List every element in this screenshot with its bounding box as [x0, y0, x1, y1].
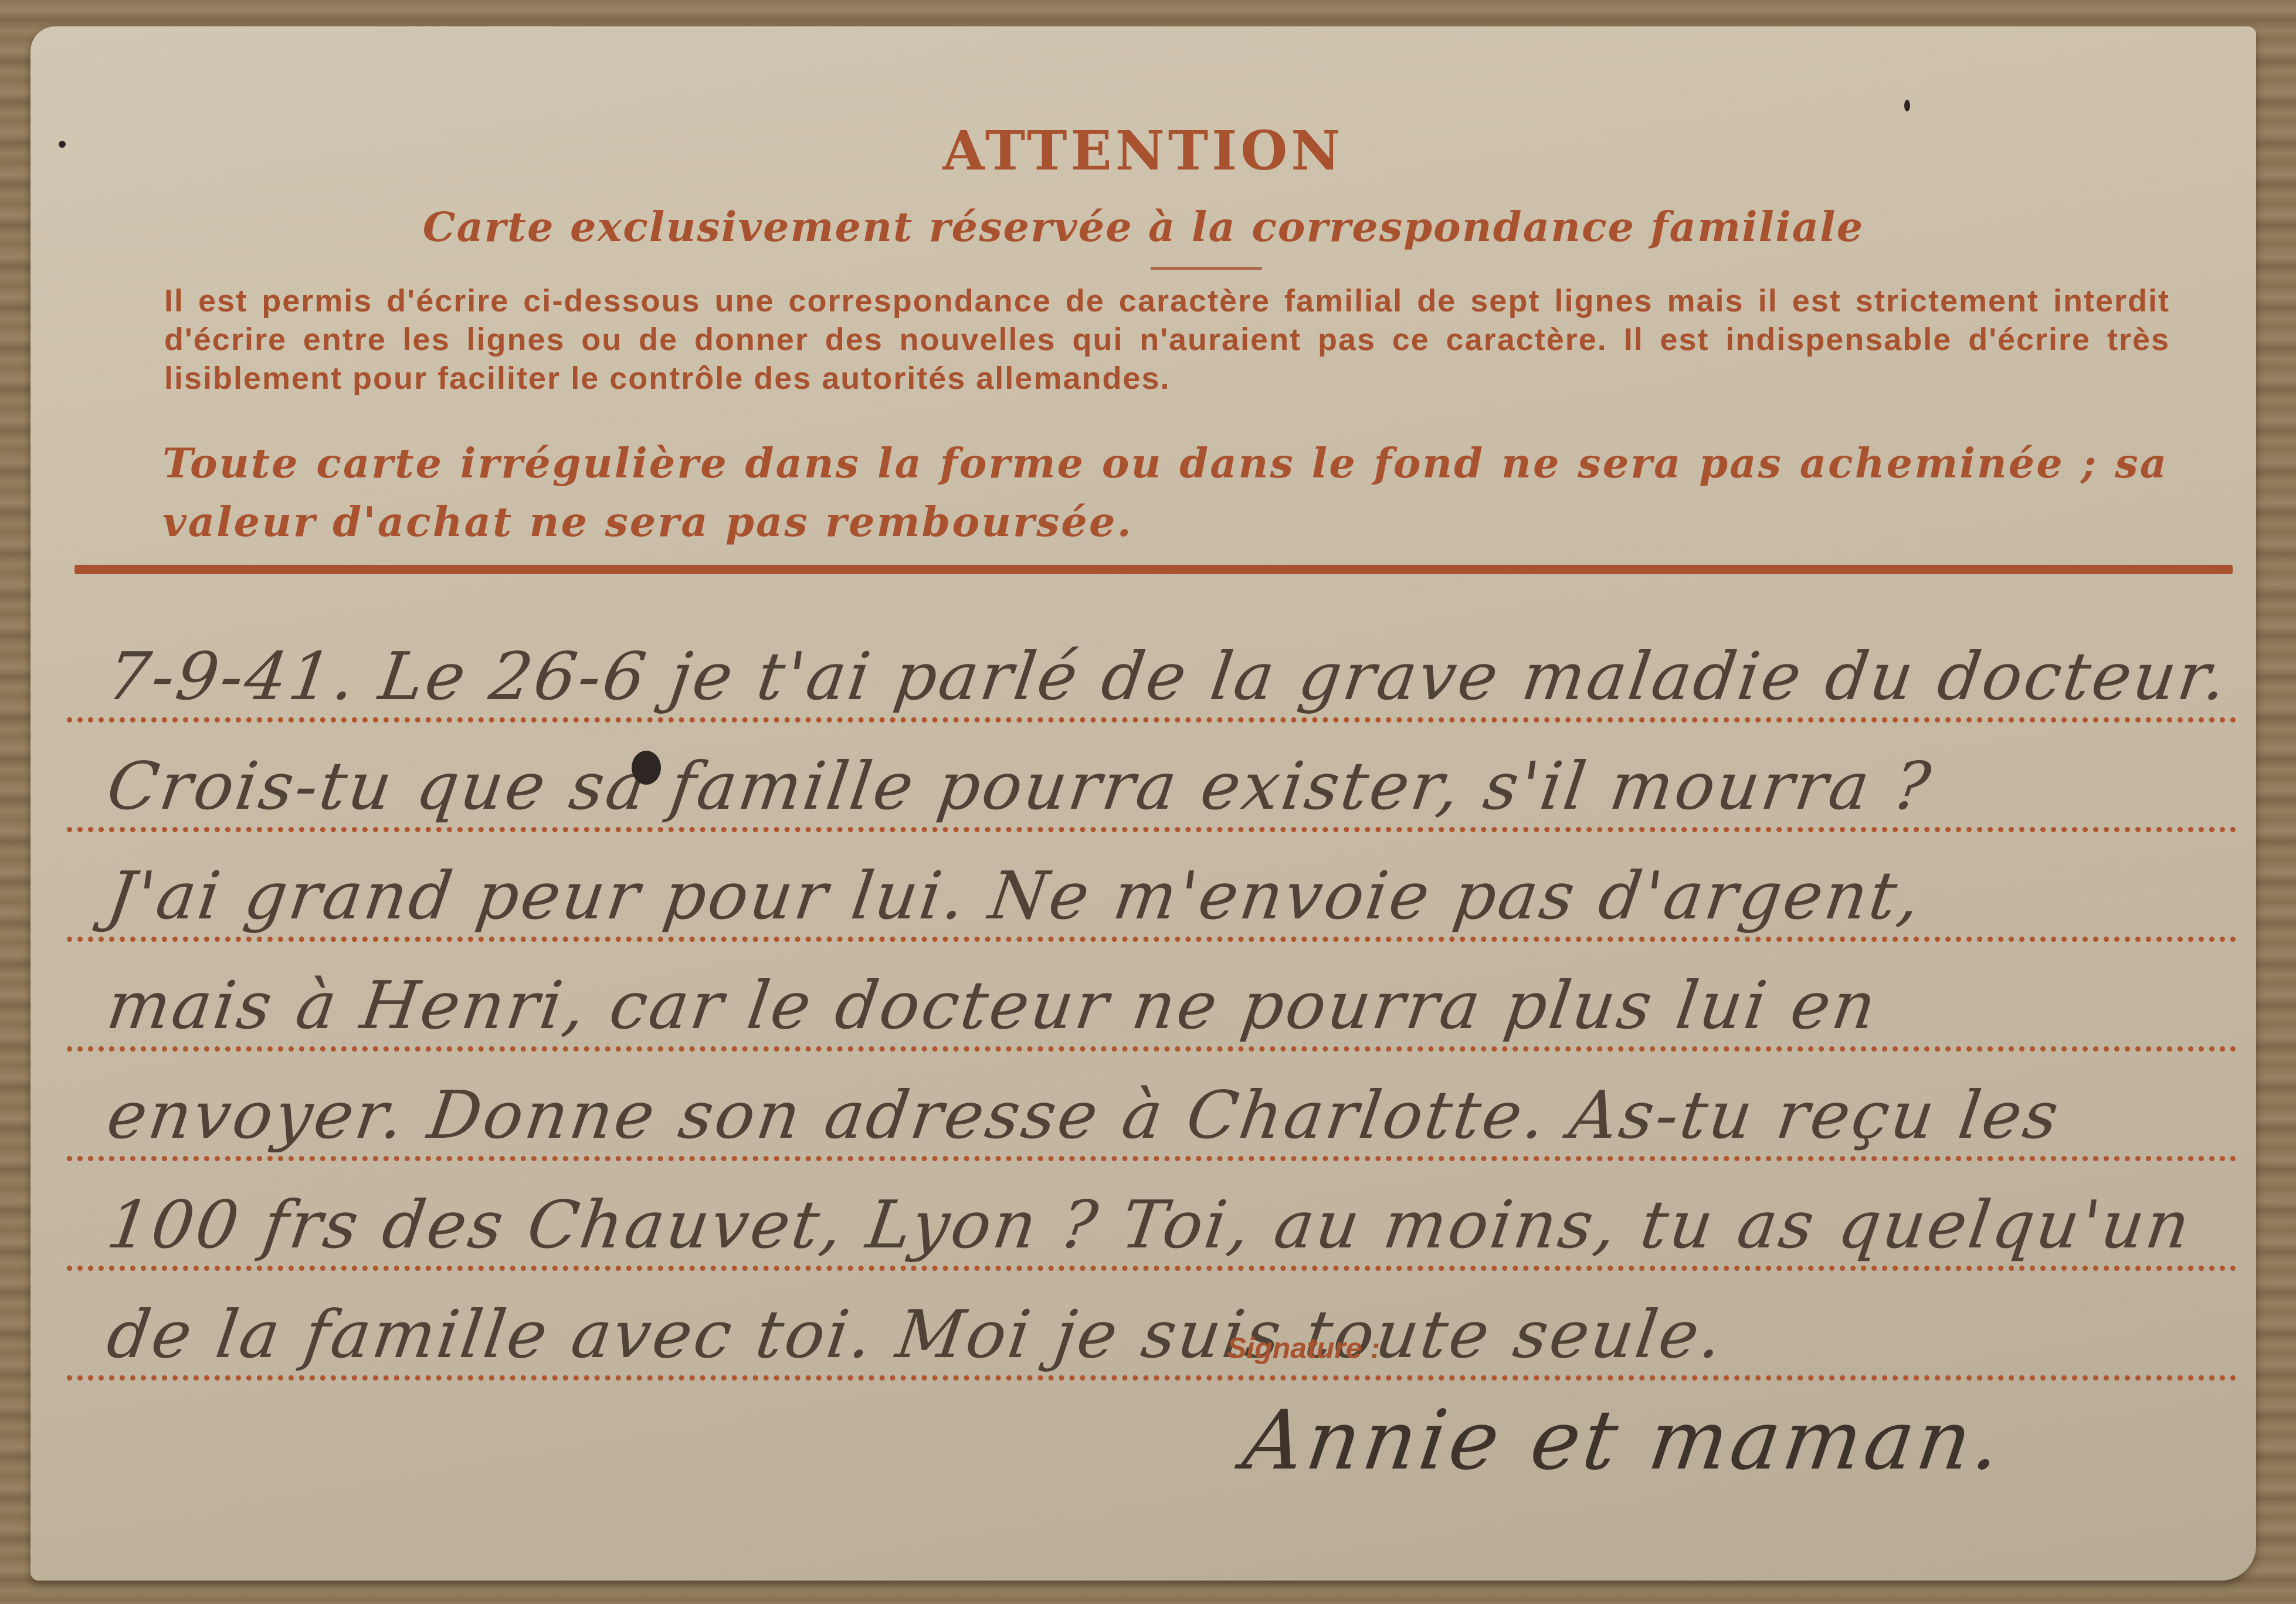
ruled-line: 7-9-41. Le 26-6 je t'ai parlé de la grav…: [67, 613, 2237, 723]
handwritten-line: J'ai grand peur pour lui. Ne m'envoie pa…: [103, 858, 1927, 934]
correspondence-lines: 7-9-41. Le 26-6 je t'ai parlé de la grav…: [67, 613, 2237, 1381]
irregular-card-warning: Toute carte irrégulière dans la forme ou…: [162, 434, 2168, 551]
handwritten-signature: Annie et maman.: [1238, 1393, 2010, 1488]
ruled-line: Crois-tu que sa famille pourra exister, …: [67, 723, 2237, 832]
card-title: ATTENTION: [30, 119, 2256, 182]
ruled-line: de la famille avec toi. Moi je suis tout…: [67, 1271, 2237, 1381]
ink-blot: [632, 751, 661, 785]
regulation-notice: Il est permis d'écrire ci-dessous une co…: [164, 282, 2170, 398]
handwritten-line: 7-9-41. Le 26-6 je t'ai parlé de la grav…: [103, 639, 2233, 715]
ink-speck: [1904, 100, 1910, 111]
ruled-line: envoyer. Donne son adresse à Charlotte. …: [67, 1052, 2237, 1161]
card-subtitle: Carte exclusivement réservée à la corres…: [30, 202, 2256, 251]
handwritten-line: mais à Henri, car le docteur ne pourra p…: [103, 968, 1883, 1044]
ink-speck: [59, 141, 66, 148]
ruled-line: 100 frs des Chauvet, Lyon ? Toi, au moin…: [67, 1161, 2237, 1271]
ruled-line: J'ai grand peur pour lui. Ne m'envoie pa…: [67, 832, 2237, 942]
handwritten-line: Crois-tu que sa famille pourra exister, …: [103, 748, 1937, 825]
ruled-line: mais à Henri, car le docteur ne pourra p…: [67, 942, 2237, 1052]
short-divider: [1151, 267, 1262, 270]
signature-label: Signature :: [1227, 1331, 1380, 1365]
handwritten-line: 100 frs des Chauvet, Lyon ? Toi, au moin…: [103, 1187, 2196, 1263]
handwritten-line: de la famille avec toi. Moi je suis tout…: [103, 1297, 1729, 1373]
handwritten-line: envoyer. Donne son adresse à Charlotte. …: [103, 1077, 2066, 1154]
postcard: ATTENTION Carte exclusivement réservée à…: [30, 26, 2256, 1581]
header-divider: [74, 565, 2233, 574]
